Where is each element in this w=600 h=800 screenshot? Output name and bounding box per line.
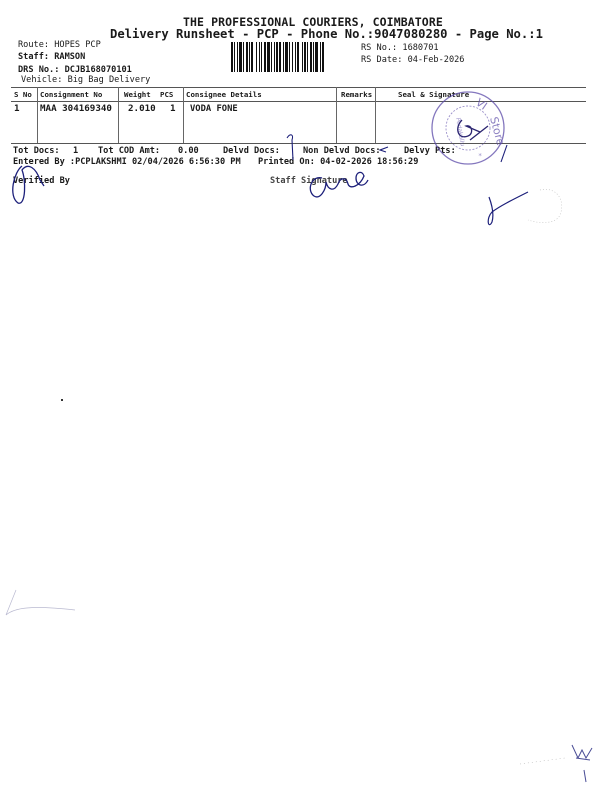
non-delvd-docs-label: Non Delvd Docs: [303,146,381,156]
col-divider [375,87,376,143]
table-header-border [11,101,586,102]
col-divider [183,87,184,143]
col-header-pcs: PCS [160,90,173,99]
entered-by: Entered By :PCPLAKSHMI 02/04/2026 6:56:3… [13,157,241,167]
staff-label: Staff: [18,52,49,62]
tot-docs-value: 1 [73,146,78,156]
staff-signature-label: Staff Signature [270,176,348,186]
delvy-pts-label: Delvy Pts: [404,146,456,156]
cell-consignee: VODA FONE [190,104,238,114]
printed-on: Printed On: 04-02-2026 18:56:29 [258,157,418,167]
tot-docs-label: Tot Docs: [13,146,60,156]
col-header-sno: S No [14,90,32,99]
barcode [231,42,356,72]
cell-weight: 2.010 [128,103,156,114]
col-header-consignee: Consignee Details [186,90,262,99]
rs-number: RS No.: 1680701 [361,43,439,53]
tot-cod-value: 0.00 [178,146,199,156]
drs-field: DRS No.: DCJB168070101 [18,65,132,75]
route-label: Route: HOPES PCP [18,40,101,50]
delvd-docs-label: Delvd Docs: [223,146,280,156]
rs-date: RS Date: 04-Feb-2026 [361,55,464,65]
runsheet-subtitle: Delivery Runsheet - PCP - Phone No.:9047… [110,27,543,41]
verified-by-label: Verified By [13,176,70,186]
cell-pcs: 1 [170,103,176,114]
col-header-seal-signature: Seal & Signature [398,90,469,99]
drs-value: DCJB168070101 [65,65,132,75]
svg-text:*: * [478,152,482,160]
handwritten-signatures [0,0,600,800]
seal-stamp-icon: VI Store Pedakallu * [428,88,508,168]
staff-field: Staff: RAMSON [18,52,85,62]
tot-cod-label: Tot COD Amt: [98,146,160,156]
col-divider [37,87,38,143]
svg-text:VI: VI [473,96,489,113]
vehicle-label: Vehicle: Big Bag Delivery [21,75,150,85]
col-header-consignment: Consignment No [40,90,102,99]
col-header-weight: Weight [124,90,151,99]
cell-consignment-no: MAA 304169340 [40,103,112,114]
table-bottom-border [11,143,586,144]
col-divider [336,87,337,143]
cell-sno: 1 [14,103,20,114]
col-header-remarks: Remarks [341,90,372,99]
staff-value: RAMSON [54,52,85,62]
table-top-border [11,87,586,88]
col-divider [118,87,119,143]
drs-label: DRS No.: [18,65,59,75]
